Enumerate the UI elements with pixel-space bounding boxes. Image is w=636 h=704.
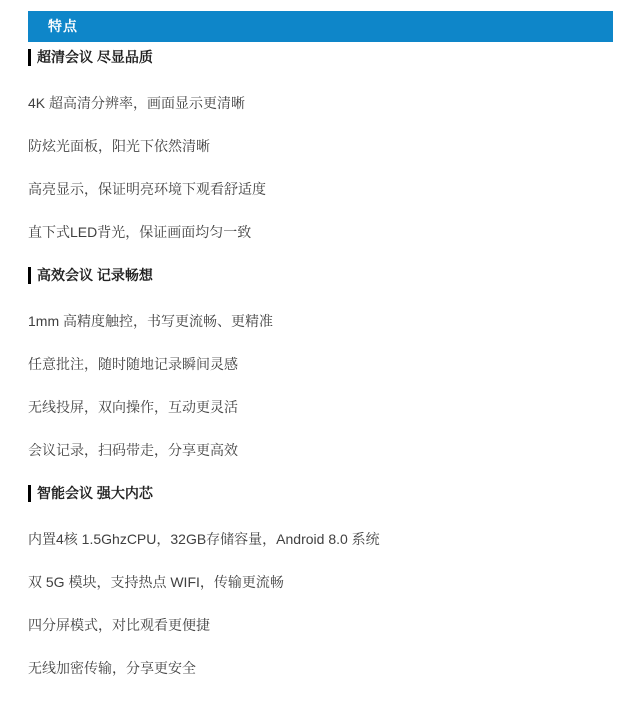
feature-text: 无线投屏，双向操作，互动更灵活 (28, 399, 613, 415)
feature-group-heading: 智能会议 强大内芯 (28, 485, 613, 502)
feature-text: 4K 超高清分辨率，画面显示更清晰 (28, 95, 613, 111)
feature-text: 双 5G 模块，支持热点 WIFI，传输更流畅 (28, 574, 613, 590)
feature-text: 内置4核 1.5GhzCPU，32GB存储容量，Android 8.0 系统 (28, 531, 613, 547)
feature-text: 防炫光面板，阳光下依然清晰 (28, 138, 613, 154)
feature-section-smart: 智能会议 强大内芯 内置4核 1.5GhzCPU，32GB存储容量，Androi… (28, 485, 613, 676)
feature-text: 四分屏模式，对比观看更便捷 (28, 617, 613, 633)
feature-text: 会议记录，扫码带走，分享更高效 (28, 442, 613, 458)
feature-section-efficiency: 高效会议 记录畅想 1mm 高精度触控，书写更流畅、更精准 任意批注，随时随地记… (28, 267, 613, 458)
product-feature-page: 特点 超清会议 尽显品质 4K 超高清分辨率，画面显示更清晰 防炫光面板，阳光下… (0, 0, 636, 676)
feature-group-heading: 高效会议 记录畅想 (28, 267, 613, 284)
feature-text: 高亮显示，保证明亮环境下观看舒适度 (28, 181, 613, 197)
feature-section-display: 超清会议 尽显品质 4K 超高清分辨率，画面显示更清晰 防炫光面板，阳光下依然清… (28, 49, 613, 240)
feature-text: 1mm 高精度触控，书写更流畅、更精准 (28, 313, 613, 329)
feature-text: 任意批注，随时随地记录瞬间灵感 (28, 356, 613, 372)
feature-group-heading: 超清会议 尽显品质 (28, 49, 613, 66)
feature-text: 直下式LED背光，保证画面均匀一致 (28, 224, 613, 240)
feature-text: 无线加密传输，分享更安全 (28, 660, 613, 676)
features-header-title: 特点 (48, 18, 78, 34)
features-header-bar: 特点 (28, 11, 613, 42)
